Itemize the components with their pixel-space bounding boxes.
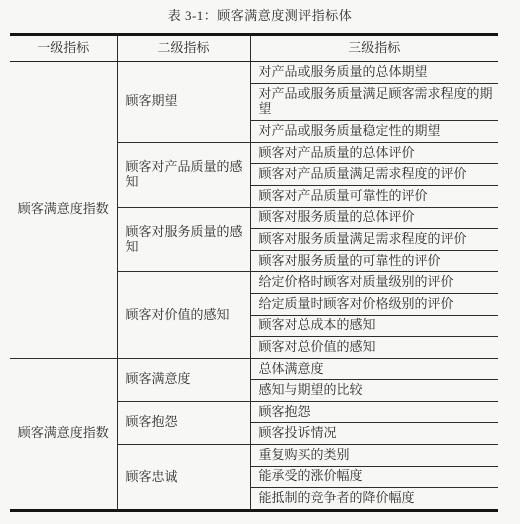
level2-cell: 顾客期望 — [117, 62, 250, 143]
level3-cell: 给定质量时顾客对价格级别的评价 — [250, 293, 498, 315]
level2-cell: 顾客满意度 — [117, 358, 250, 401]
level3-cell: 顾客对产品质量的总体评价 — [250, 142, 498, 164]
level2-cell: 顾客抱怨 — [117, 401, 250, 444]
level3-cell: 对产品或服务质量满足顾客需求程度的期望 — [250, 83, 498, 121]
level3-cell: 对产品或服务质量的总体期望 — [250, 62, 498, 84]
level3-cell: 感知与期望的比较 — [250, 380, 498, 402]
level3-cell: 给定价格时顾客对质量级别的评价 — [250, 272, 498, 294]
level3-cell: 顾客投诉情况 — [250, 423, 498, 445]
level1-cell: 顾客满意度指数 — [10, 62, 117, 359]
level3-cell: 顾客对产品质量满足需求程度的评价 — [250, 164, 498, 186]
header-level3: 三级指标 — [250, 35, 498, 62]
level3-cell: 顾客对产品质量可靠性的评价 — [250, 186, 498, 208]
level2-cell: 顾客忠诚 — [117, 445, 250, 511]
level3-cell: 顾客对服务质量满足需求程度的评价 — [250, 229, 498, 251]
table-title: 表 3-1：顾客满意度测评指标体 — [0, 5, 520, 24]
level3-cell: 顾客抱怨 — [250, 401, 498, 423]
level3-cell: 总体满意度 — [250, 358, 498, 380]
level1-cell: 顾客满意度指数 — [10, 358, 117, 510]
header-level1: 一级指标 — [10, 35, 117, 62]
level2-cell: 顾客对服务质量的感知 — [117, 207, 250, 272]
level3-cell: 顾客对总成本的感知 — [250, 315, 498, 337]
level2-cell: 顾客对价值的感知 — [117, 272, 250, 358]
table-row: 顾客满意度指数 顾客满意度 总体满意度 — [10, 358, 498, 380]
level3-cell: 对产品或服务质量稳定性的期望 — [250, 121, 498, 143]
level3-cell: 顾客对总价值的感知 — [250, 337, 498, 359]
level3-cell: 能承受的涨价幅度 — [250, 466, 498, 488]
level3-cell: 能抵制的竞争者的降价幅度 — [250, 488, 498, 511]
indicator-table: 一级指标 二级指标 三级指标 顾客满意度指数 顾客期望 对产品或服务质量的总体期… — [10, 33, 498, 512]
level3-cell: 顾客对服务质量的总体评价 — [250, 207, 498, 229]
table-row: 顾客满意度指数 顾客期望 对产品或服务质量的总体期望 — [10, 62, 498, 84]
level2-cell: 顾客对产品质量的感知 — [117, 142, 250, 207]
level3-cell: 顾客对服务质量的可靠性的评价 — [250, 250, 498, 272]
header-level2: 二级指标 — [117, 35, 250, 62]
level3-cell: 重复购买的类别 — [250, 445, 498, 467]
header-row: 一级指标 二级指标 三级指标 — [10, 35, 498, 62]
